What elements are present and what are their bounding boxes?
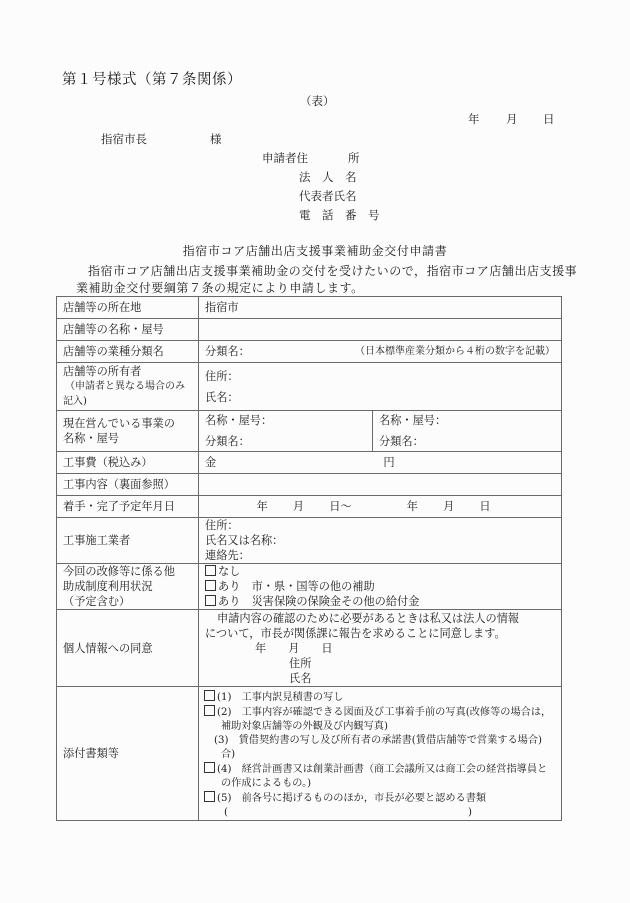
consent-cell: 申請内容の確認のために必要があるときは私又は法人の情報 について，市長が関係課に…: [199, 610, 562, 687]
checkbox-icon[interactable]: [205, 580, 216, 591]
cost-field[interactable]: 金 円: [199, 452, 562, 474]
cost-prefix: 金: [205, 456, 216, 469]
store-name-label: 店舗等の名称・屋号: [57, 319, 199, 341]
intro-text-line-2: 業補助金交付要綱第７条の規定により申請します。: [76, 279, 364, 296]
schedule-end-day: 日: [479, 500, 490, 513]
checkbox-icon[interactable]: [205, 565, 216, 576]
attachments-label: 添付書類等: [57, 687, 199, 821]
contractor-address-label: 住所：: [205, 518, 555, 533]
subsidy-option-none[interactable]: なし: [205, 564, 555, 579]
checkbox-icon[interactable]: [205, 595, 216, 606]
store-location-field[interactable]: 指宿市: [199, 297, 562, 319]
application-form-table: 店舗等の所在地 指宿市 店舗等の名称・屋号 店舗等の業種分類名 分類名： （日本…: [56, 296, 562, 821]
corporate-name-label: 法 人 名: [299, 169, 357, 185]
schedule-start-month: 月: [293, 500, 304, 513]
schedule-field[interactable]: 年 月 日～ 年 月 日: [199, 496, 562, 518]
document-title: 指宿市コア店舗出店支援事業補助金交付申請書: [0, 242, 630, 259]
attachment-item-2[interactable]: (2) 工事内容が確認できる図面及び工事着手前の写真(改修等の場合は，: [204, 705, 555, 720]
attachment-item-2-cont: 補助対象店舗等の外観及び内観写真): [204, 720, 555, 734]
attachment-item-5-other-field[interactable]: (): [204, 806, 555, 820]
other-subsidy-label-line1: 今回の改修等に係る他: [63, 564, 192, 579]
industry-note: （日本標準産業分類から４桁の数字を記載）: [355, 344, 555, 359]
schedule-end-year: 年: [407, 500, 418, 513]
cost-label: 工事費（税込み）: [57, 452, 199, 474]
row-current-business: 現在営んでいる事業の 名称・屋号 名称・屋号： 分類名： 名称・屋号： 分類名：: [57, 411, 562, 452]
consent-name[interactable]: 氏名: [205, 671, 555, 686]
attachments-cell: (1) 工事内訳見積書の写し (2) 工事内容が確認できる図面及び工事着手前の写…: [199, 687, 562, 821]
current-business-label-cell: 現在営んでいる事業の 名称・屋号: [57, 411, 199, 452]
consent-text-line1: 申請内容の確認のために必要があるときは私又は法人の情報: [205, 611, 555, 626]
attachment-item-5[interactable]: (5) 前各号に掲げるもののほか，市長が必要と認める書類: [204, 791, 555, 806]
owner-address-label: 住所：: [205, 369, 555, 384]
owner-sublabel-line1: （申請者と異なる場合のみ: [63, 379, 192, 394]
date-month-label: 月: [506, 111, 518, 127]
owner-label-cell: 店舗等の所有者 （申請者と異なる場合のみ 記入): [57, 363, 199, 411]
side-indicator: （表）: [300, 93, 335, 109]
attachment-item-1[interactable]: (1) 工事内訳見積書の写し: [204, 690, 555, 705]
current-business-left-name: 名称・屋号：: [205, 413, 366, 428]
other-subsidy-label-line2: 助成制度利用状況: [63, 579, 192, 594]
subsidy-option-insurance[interactable]: あり 災害保険の保険金その他の給付金: [205, 594, 555, 609]
store-location-label: 店舗等の所在地: [57, 297, 199, 319]
honorific: 様: [210, 131, 222, 147]
schedule-label: 着手・完了予定年月日: [57, 496, 199, 518]
addressee: 指宿市長: [101, 131, 147, 147]
row-store-name: 店舗等の名称・屋号: [57, 319, 562, 341]
store-name-field[interactable]: [199, 319, 562, 341]
attachment-item-4-cont: の作成によるもの。): [204, 777, 555, 791]
attachment-item-3[interactable]: (3) 賃借契約書の写し及び所有者の承諾書(賃借店舗等で営業する場合): [204, 734, 555, 748]
schedule-start-year: 年: [257, 500, 268, 513]
row-cost: 工事費（税込み） 金 円: [57, 452, 562, 474]
attachment-item-4[interactable]: (4) 経営計画書又は創業計画書（商工会議所又は商工会の経営指導員と: [204, 762, 555, 777]
attachment-item-3-cont: 合): [204, 748, 555, 762]
consent-label: 個人情報への同意: [57, 610, 199, 687]
row-contractor: 工事施工業者 住所： 氏名又は名称： 連絡先：: [57, 518, 562, 564]
current-business-right-name: 名称・屋号：: [379, 413, 555, 428]
row-store-location: 店舗等の所在地 指宿市: [57, 297, 562, 319]
owner-sublabel-line2: 記入): [63, 394, 192, 409]
current-business-left-cell[interactable]: 名称・屋号： 分類名：: [199, 411, 373, 452]
current-business-right-cell[interactable]: 名称・屋号： 分類名：: [373, 411, 562, 452]
row-attachments: 添付書類等 (1) 工事内訳見積書の写し (2) 工事内容が確認できる図面及び工…: [57, 687, 562, 821]
row-industry: 店舗等の業種分類名 分類名： （日本標準産業分類から４桁の数字を記載）: [57, 341, 562, 363]
checkbox-icon[interactable]: [204, 791, 215, 802]
owner-field-cell[interactable]: 住所： 氏名：: [199, 363, 562, 411]
row-other-subsidy: 今回の改修等に係る他 助成制度利用状況 （予定含む） なし あり 市・県・国等の…: [57, 564, 562, 610]
representative-name-label: 代表者氏名: [299, 188, 357, 204]
schedule-end-month: 月: [443, 500, 454, 513]
schedule-start-day: 日～: [329, 500, 351, 513]
consent-date[interactable]: 年月日: [205, 641, 555, 656]
current-business-left-category: 分類名：: [205, 434, 366, 449]
current-business-right-category: 分類名：: [379, 434, 555, 449]
owner-label: 店舗等の所有者: [63, 364, 192, 379]
date-day-label: 日: [543, 111, 555, 127]
other-subsidy-label-cell: 今回の改修等に係る他 助成制度利用状況 （予定含む）: [57, 564, 199, 610]
construction-content-label: 工事内容（裏面参照）: [57, 474, 199, 496]
date-year-label: 年: [468, 111, 480, 127]
other-subsidy-label-line3: （予定含む）: [63, 594, 192, 609]
checkbox-icon[interactable]: [204, 705, 215, 716]
owner-name-label: 氏名：: [205, 390, 555, 405]
industry-label: 店舗等の業種分類名: [57, 341, 199, 363]
contractor-name-label: 氏名又は名称：: [205, 533, 555, 548]
other-subsidy-options-cell: なし あり 市・県・国等の他の補助 あり 災害保険の保険金その他の給付金: [199, 564, 562, 610]
checkbox-icon[interactable]: [204, 690, 215, 701]
checkbox-icon[interactable]: [204, 762, 215, 773]
contractor-contact-label: 連絡先：: [205, 548, 555, 563]
phone-number-label: 電 話 番 号: [299, 207, 380, 223]
row-owner: 店舗等の所有者 （申請者と異なる場合のみ 記入) 住所： 氏名：: [57, 363, 562, 411]
current-business-label-line2: 名称・屋号: [63, 431, 192, 446]
contractor-field-cell[interactable]: 住所： 氏名又は名称： 連絡先：: [199, 518, 562, 564]
current-business-label-line1: 現在営んでいる事業の: [63, 416, 192, 431]
form-number: 第１号様式（第７条関係）: [62, 68, 242, 89]
row-schedule: 着手・完了予定年月日 年 月 日～ 年 月 日: [57, 496, 562, 518]
row-construction-content: 工事内容（裏面参照）: [57, 474, 562, 496]
contractor-label: 工事施工業者: [57, 518, 199, 564]
applicant-address-label: 申請者住: [262, 150, 308, 166]
consent-text-line2: について，市長が関係課に報告を求めることに同意します。: [205, 626, 555, 641]
subsidy-option-government[interactable]: あり 市・県・国等の他の補助: [205, 579, 555, 594]
cost-suffix: 円: [383, 456, 394, 469]
applicant-address-label-suffix: 所: [348, 150, 360, 166]
consent-address[interactable]: 住所: [205, 656, 555, 671]
construction-content-field[interactable]: [199, 474, 562, 496]
row-consent: 個人情報への同意 申請内容の確認のために必要があるときは私又は法人の情報 につい…: [57, 610, 562, 687]
industry-category-label: 分類名：: [205, 345, 250, 358]
intro-text-line-1: 指宿市コア店舗出店支援事業補助金の交付を受けたいので，指宿市コア店舗出店支援事: [88, 262, 577, 279]
industry-field[interactable]: 分類名： （日本標準産業分類から４桁の数字を記載）: [199, 341, 562, 363]
